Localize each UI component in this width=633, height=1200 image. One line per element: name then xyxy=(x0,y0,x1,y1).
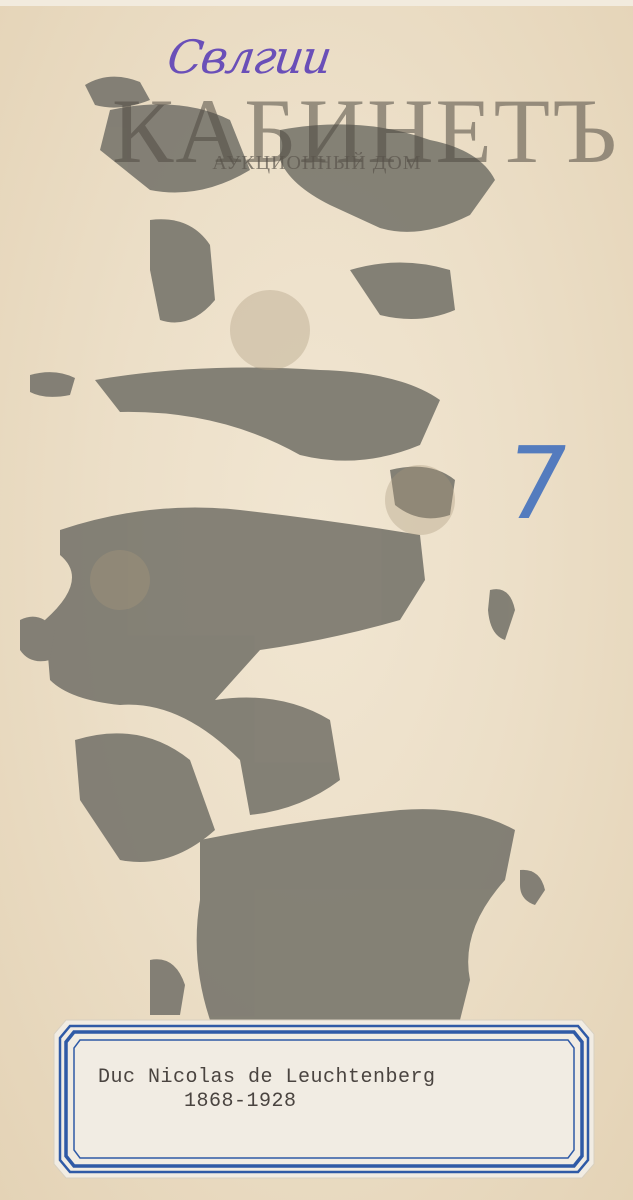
typed-label: Duc Nicolas de Leuchtenberg 1868-1928 xyxy=(52,1018,596,1180)
label-dates: 1868-1928 xyxy=(184,1090,297,1113)
handwritten-signature: Свлгии xyxy=(164,30,333,84)
photo-card-back: КАБИНЕТЪ АУКЦИОННЫЙ ДОМ Свлгии 7 Duc Nic… xyxy=(0,0,633,1200)
label-frame xyxy=(52,1018,596,1180)
label-name: Duc Nicolas de Leuchtenberg xyxy=(98,1066,436,1089)
auction-watermark: КАБИНЕТЪ АУКЦИОННЫЙ ДОМ xyxy=(112,88,522,175)
